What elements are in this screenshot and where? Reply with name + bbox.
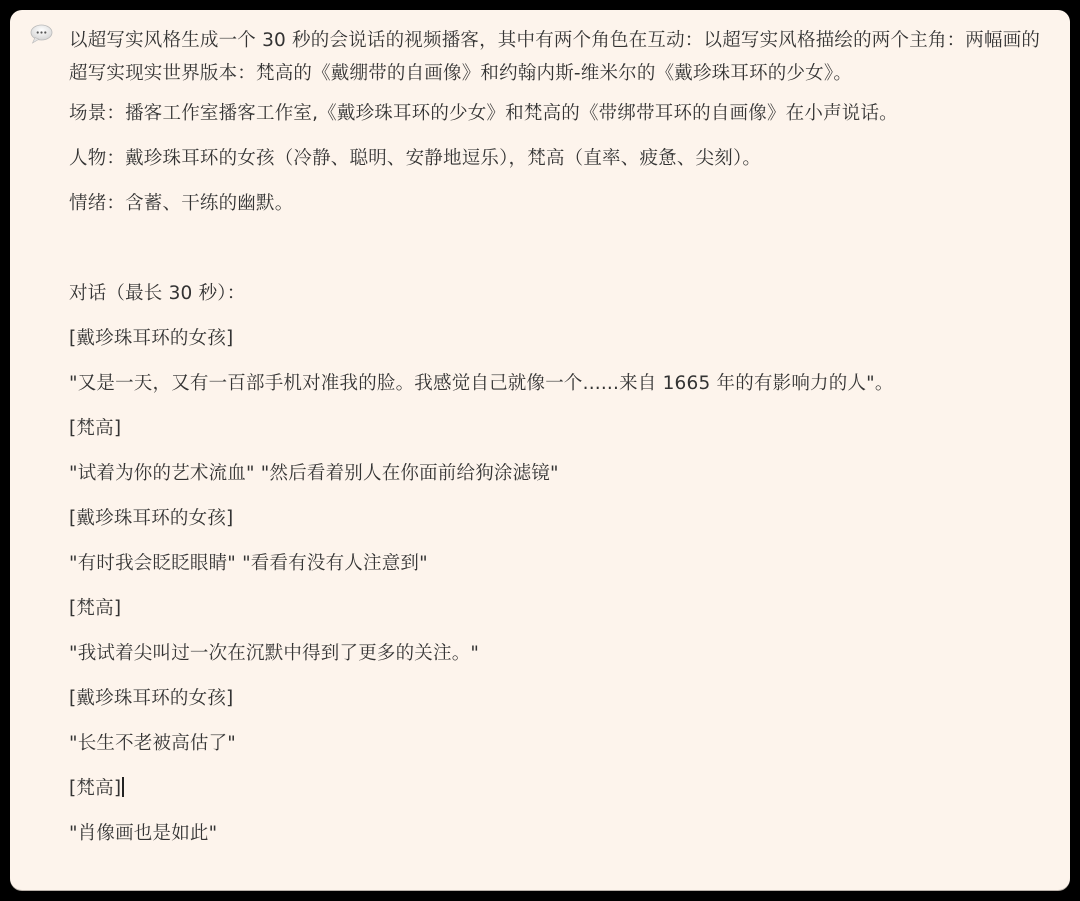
speaker-label: [梵高]: [69, 414, 1049, 447]
dialogue-heading: 对话（最长 30 秒）：: [69, 279, 1049, 312]
speaker-label: [梵高]: [69, 778, 121, 799]
scene-text: 场景：播客工作室播客工作室,《戴珍珠耳环的少女》和梵高的《带绑带耳环的自画像》在…: [69, 99, 1049, 132]
speaker-label: [戴珍珠耳环的女孩]: [69, 324, 1049, 357]
text-cursor: [122, 777, 124, 797]
speaker-label: [戴珍珠耳环的女孩]: [69, 684, 1049, 717]
blank-line: [69, 234, 1049, 279]
speech-bubble-icon: [29, 24, 53, 44]
dialogue-line: "试着为你的艺术流血" "然后看着别人在你面前给狗涂滤镜": [69, 459, 1049, 492]
dialogue-line: "有时我会眨眨眼睛" "看看有没有人注意到": [69, 549, 1049, 582]
speaker-label: [梵高]: [69, 594, 1049, 627]
characters-text: 人物：戴珍珠耳环的女孩（冷静、聪明、安静地逗乐），梵高（直率、疲惫、尖刻）。: [69, 144, 1049, 177]
intro-text: 以超写实风格生成一个 30 秒的会说话的视频播客，其中有两个角色在互动：以超写实…: [69, 24, 1049, 90]
dialogue-line: "又是一天，又有一百部手机对准我的脸。我感觉自己就像一个......来自 166…: [69, 369, 1049, 402]
mood-text: 情绪：含蓄、干练的幽默。: [69, 189, 1049, 222]
dialogue-line: "长生不老被高估了": [69, 729, 1049, 762]
dialogue-line: "我试着尖叫过一次在沉默中得到了更多的关注。": [69, 639, 1049, 672]
dialogue-line: "肖像画也是如此": [69, 819, 1049, 852]
message-card[interactable]: 以超写实风格生成一个 30 秒的会说话的视频播客，其中有两个角色在互动：以超写实…: [10, 10, 1070, 890]
speaker-label: [戴珍珠耳环的女孩]: [69, 504, 1049, 537]
message-content[interactable]: 以超写实风格生成一个 30 秒的会说话的视频播客，其中有两个角色在互动：以超写实…: [69, 24, 1049, 864]
speaker-label-with-caret: [梵高]: [69, 774, 1049, 807]
